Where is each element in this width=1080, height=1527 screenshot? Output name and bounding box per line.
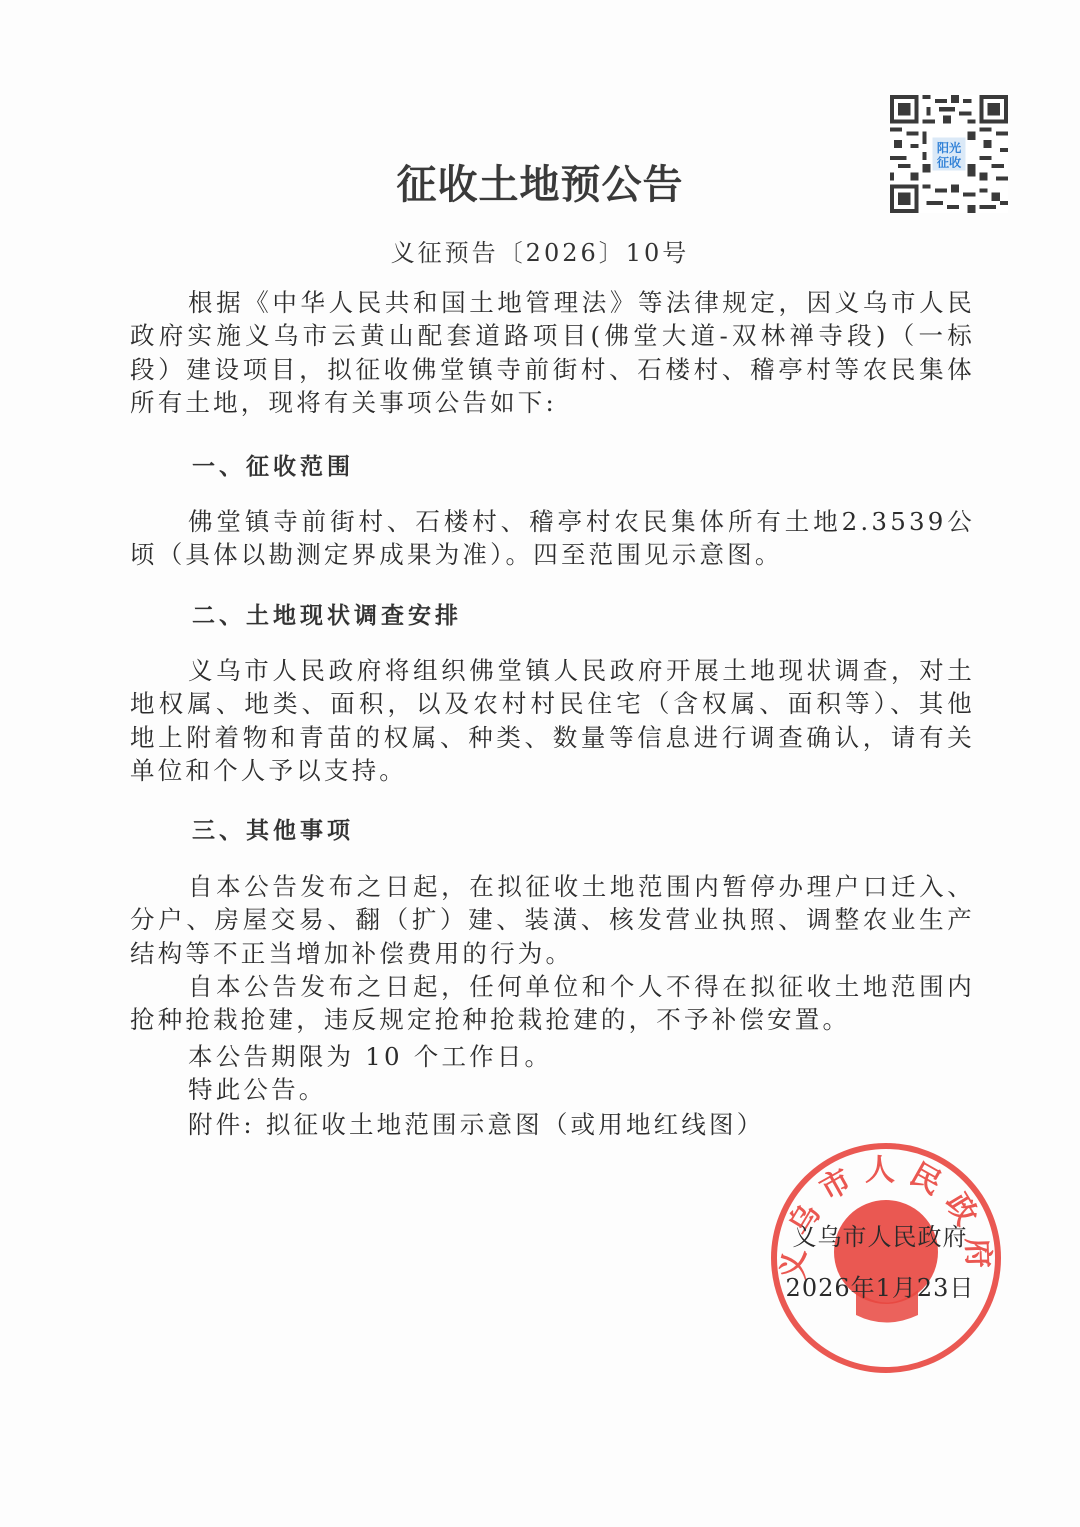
section-body-3: 自本公告发布之日起，在拟征收土地范围内暂停办理户口迁入、分户、房屋交易、翻（扩）…	[130, 870, 975, 970]
section-heading-1: 一、征收范围	[192, 448, 354, 481]
intro-paragraph: 根据《中华人民共和国土地管理法》等法律规定，因义乌市人民政府实施义乌市云黄山配套…	[130, 286, 975, 419]
section-heading-2: 二、土地现状调查安排	[192, 597, 462, 630]
issue-date: 2026年1月23日	[780, 1268, 980, 1303]
attachment-text: 附件: 拟征收土地范围示意图（或用地红线图）	[188, 1106, 764, 1141]
section-heading-3: 三、其他事项	[192, 812, 354, 845]
closing-text: 特此公告。	[188, 1071, 327, 1106]
document-number: 义征预告〔2026〕10号	[0, 233, 1080, 268]
notice-period: 本公告期限为 10 个工作日。	[188, 1038, 552, 1073]
section-body-3b: 自本公告发布之日起，任何单位和个人不得在拟征收土地范围内抢种抢栽抢建，违反规定抢…	[130, 970, 975, 1037]
official-seal-icon: 义乌市人民政府	[768, 1140, 1004, 1376]
page-title: 征收土地预公告	[0, 153, 1080, 210]
section-body-2: 义乌市人民政府将组织佛堂镇人民政府开展土地现状调查，对土地权属、地类、面积，以及…	[130, 654, 975, 787]
signatory: 义乌市人民政府	[780, 1217, 980, 1252]
section-body-1: 佛堂镇寺前街村、石楼村、稽亭村农民集体所有土地2.3539公顷（具体以勘测定界成…	[130, 505, 975, 572]
